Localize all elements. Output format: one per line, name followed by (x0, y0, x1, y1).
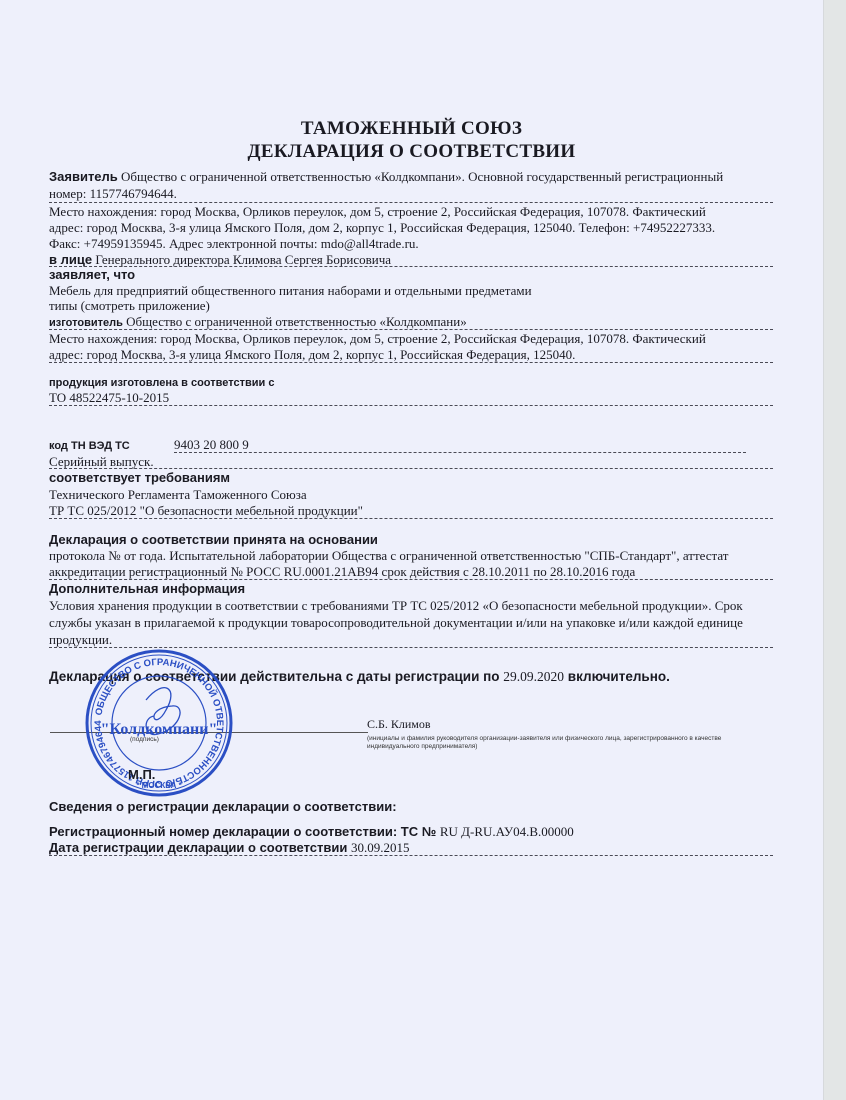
additional-label: Дополнительная информация (49, 580, 245, 597)
applicant-line: Заявитель Общество с ограниченной ответс… (49, 168, 723, 185)
company-seal-stamp: ОБЩЕСТВО С ОГРАНИЧЕННОЙ ОТВЕТСТВЕННОСТЬЮ… (84, 648, 234, 798)
applicant-address-1: Место нахождения: город Москва, Орликов … (49, 203, 706, 220)
signatory-caption-1: (инициалы и фамилия руководителя организ… (367, 735, 721, 743)
regulation-line-1: Технического Регламента Таможенного Союз… (49, 486, 307, 503)
applicant-name: Общество с ограниченной ответственностью… (118, 169, 723, 184)
registration-number-label: Регистрационный номер декларации о соотв… (49, 824, 440, 839)
divider (49, 405, 773, 406)
divider (49, 362, 773, 363)
additional-line-2: службы указан в прилагаемой к продукции … (49, 614, 743, 631)
divider (174, 452, 746, 453)
registration-heading: Сведения о регистрации декларации о соот… (49, 798, 397, 815)
basis-line-2: аккредитации регистрационный № РОСС RU.0… (49, 563, 635, 580)
scan-edge (823, 0, 846, 1100)
divider (49, 855, 773, 856)
complies-label: соответствует требованиям (49, 469, 230, 486)
declaration-document: ТАМОЖЕННЫЙ СОЮЗ ДЕКЛАРАЦИЯ О СООТВЕТСТВИ… (0, 0, 823, 1100)
represented-label: в лице (49, 252, 92, 267)
divider (49, 518, 773, 519)
registration-date-label: Дата регистрации декларации о соответств… (49, 840, 351, 855)
registration-number-value: RU Д-RU.АУ04.В.00000 (440, 824, 574, 839)
header-title: ДЕКЛАРАЦИЯ О СООТВЕТСТВИИ (0, 141, 823, 163)
basis-label: Декларация о соответствии принята на осн… (49, 531, 378, 548)
produced-per-value: ТО 48522475-10-2015 (49, 389, 169, 406)
manufacturer-label: изготовитель (49, 317, 123, 329)
represented-value: Генерального директора Климова Сергея Бо… (92, 252, 391, 267)
validity-suffix: включительно. (564, 669, 670, 684)
applicant-contacts: Факс: +74959135945. Адрес электронной по… (49, 235, 419, 252)
manufacturer-address-2: адрес: город Москва, 3-я улица Ямского П… (49, 346, 575, 363)
seal-company-name: "Колдкомпани" (101, 721, 218, 738)
registration-number-line: Регистрационный номер декларации о соотв… (49, 823, 574, 840)
applicant-ogrn: номер: 1157746794644. (49, 185, 177, 202)
manufacturer-name: Общество с ограниченной ответственностью… (123, 314, 467, 329)
manufacturer-address-1: Место нахождения: город Москва, Орликов … (49, 330, 706, 347)
applicant-address-2: адрес: город Москва, 3-я улица Ямского П… (49, 219, 715, 236)
header-union: ТАМОЖЕННЫЙ СОЮЗ (0, 118, 823, 140)
applicant-label: Заявитель (49, 169, 118, 184)
additional-line-1: Условия хранения продукции в соответстви… (49, 597, 743, 614)
divider (49, 266, 773, 267)
basis-line-1: протокола № от года. Испытательной лабор… (49, 547, 728, 564)
validity-date: 29.09.2020 (503, 669, 564, 684)
tn-ved-value: 9403 20 800 9 (174, 436, 249, 453)
additional-line-3: продукции. (49, 631, 112, 648)
registration-date-value: 30.09.2015 (351, 840, 410, 855)
signatory-caption-2: индивидуального предпринимателя) (367, 743, 477, 751)
product-types: типы (смотреть приложение) (49, 297, 210, 314)
registration-date-line: Дата регистрации декларации о соответств… (49, 839, 410, 856)
seal-place-label: М.П. (128, 766, 155, 783)
signatory-name: С.Б. Климов (367, 716, 431, 733)
declares-label: заявляет, что (49, 266, 135, 283)
regulation-line-2: ТР ТС 025/2012 "О безопасности мебельной… (49, 502, 363, 519)
